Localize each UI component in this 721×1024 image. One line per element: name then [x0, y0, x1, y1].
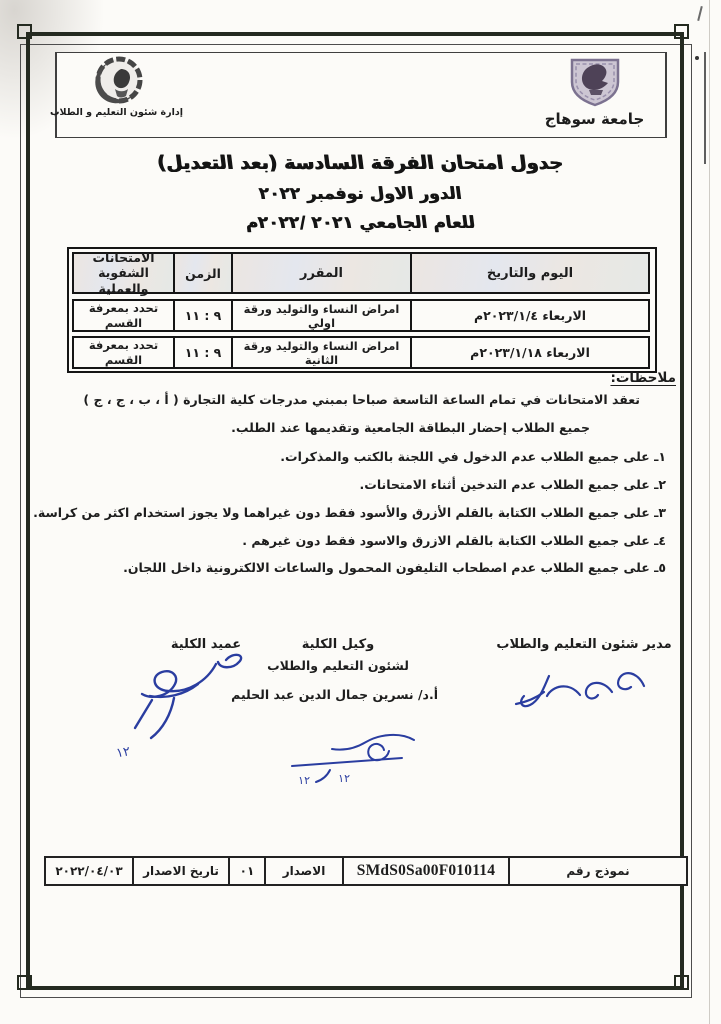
signature-title-student-affairs-director: مدير شئون التعليم والطلاب — [480, 637, 688, 652]
issue-date-label: تاريخ الاصدار — [134, 858, 230, 884]
table-row: الاربعاء ٢٠٢٣/١/٤م امراض النساء والتوليد… — [72, 299, 650, 332]
frame-corner-ornament — [17, 24, 32, 39]
notes-heading: ملاحظات: — [610, 369, 676, 387]
header-course: المقرر — [233, 254, 412, 292]
form-number-value: SMdS0Sa00F010114 — [344, 858, 510, 884]
note-item: ٢ـ على جميع الطلاب عدم التدخين أثناء الا… — [42, 477, 678, 494]
header-time: الزمن — [175, 254, 233, 292]
row-oral-practical: تحدد بمعرفة القسم — [74, 301, 175, 330]
signature-ink-dean: ١٢ — [100, 644, 252, 762]
note-item: ٣ـ على جميع الطلاب الكتابة بالقلم الأزرق… — [42, 505, 678, 522]
university-name: جامعة سوهاج — [524, 110, 665, 128]
header-day-date: اليوم والتاريخ — [412, 254, 648, 292]
frame-corner-ornament — [674, 975, 689, 990]
admin-office-name: إدارة شئون التعليم و الطلاب — [57, 107, 183, 118]
table-row: الاربعاء ٢٠٢٣/١/١٨م امراض النساء والتولي… — [72, 336, 650, 369]
signature-mark: ١٢ — [298, 774, 310, 787]
exam-schedule-table: اليوم والتاريخ المقرر الزمن الامتحانات ا… — [67, 247, 657, 373]
form-footer: نموذج رقم SMdS0Sa00F010114 الاصدار ٠١ تا… — [44, 856, 688, 886]
scan-edge-artifact — [709, 0, 710, 1024]
signature-ink-director — [492, 660, 662, 718]
form-number-label: نموذج رقم — [510, 858, 686, 884]
frame-corner-ornament — [17, 975, 32, 990]
row-course: امراض النساء والتوليد ورقة اولي — [233, 301, 412, 330]
row-course: امراض النساء والتوليد ورقة الثانية — [233, 338, 412, 367]
note-item: ٥ـ على جميع الطلاب عدم اصطحاب التليفون ا… — [42, 560, 678, 577]
note-item: ٤ـ على جميع الطلاب الكتابة بالقلم الازرق… — [42, 533, 678, 550]
row-day-date: الاربعاء ٢٠٢٣/١/١٨م — [412, 338, 648, 367]
frame-corner-ornament — [674, 24, 689, 39]
title-line-2: الدور الاول نوفمبر ٢٠٢٢ — [149, 184, 571, 204]
title-line-3: للعام الجامعي ٢٠٢١ /٢٠٢٢م — [149, 213, 571, 233]
table-header-row: اليوم والتاريخ المقرر الزمن الامتحانات ا… — [72, 252, 650, 294]
issue-date-value: ٢٠٢٢/٠٤/٠٣ — [46, 858, 134, 884]
row-time: ٩ : ١١ — [175, 338, 233, 367]
vice-dean-subtitle: لشئون التعليم والطلاب — [238, 658, 438, 673]
signature-ink-vice-dean: ١٢ ١٢ — [272, 726, 422, 788]
issue-label: الاصدار — [266, 858, 344, 884]
note-item: ١ـ على جميع الطلاب عدم الدخول في اللجنة … — [42, 449, 678, 466]
scan-speck — [697, 6, 703, 21]
scan-edge-artifact — [704, 52, 706, 164]
crescent-student-emblem-icon — [91, 56, 149, 106]
notes-intro-line: جميع الطلاب إحضار البطاقة الجامعية وتقدي… — [42, 420, 678, 437]
university-block: جامعة سوهاج — [524, 53, 666, 137]
issue-value: ٠١ — [230, 858, 266, 884]
admin-office-block: إدارة شئون التعليم و الطلاب — [56, 53, 183, 137]
notes-section: ملاحظات: تعقد الامتحانات في تمام الساعة … — [42, 369, 678, 577]
scan-speck — [695, 56, 699, 60]
letterhead: إدارة شئون التعليم و الطلاب جامعة سوهاج — [55, 52, 667, 138]
title-line-1: جدول امتحان الفرقة السادسة (بعد التعديل) — [149, 152, 572, 174]
scanned-exam-schedule-document: إدارة شئون التعليم و الطلاب جامعة سوهاج … — [0, 0, 721, 1024]
signature-mark: ١٢ — [115, 744, 131, 761]
university-shield-emblem-icon — [564, 56, 626, 110]
row-day-date: الاربعاء ٢٠٢٣/١/٤م — [412, 301, 648, 330]
row-oral-practical: تحدد بمعرفة القسم — [74, 338, 175, 367]
document-title: جدول امتحان الفرقة السادسة (بعد التعديل)… — [150, 152, 570, 233]
header-oral-practical: الامتحانات الشفوية والعملية — [74, 254, 175, 292]
signature-mark: ١٢ — [338, 772, 350, 785]
vice-dean-name: أ.د/ نسرين جمال الدين عبد الحليم — [238, 687, 438, 702]
row-time: ٩ : ١١ — [175, 301, 233, 330]
notes-intro-line: تعقد الامتحانات في تمام الساعة التاسعة ص… — [42, 392, 678, 409]
